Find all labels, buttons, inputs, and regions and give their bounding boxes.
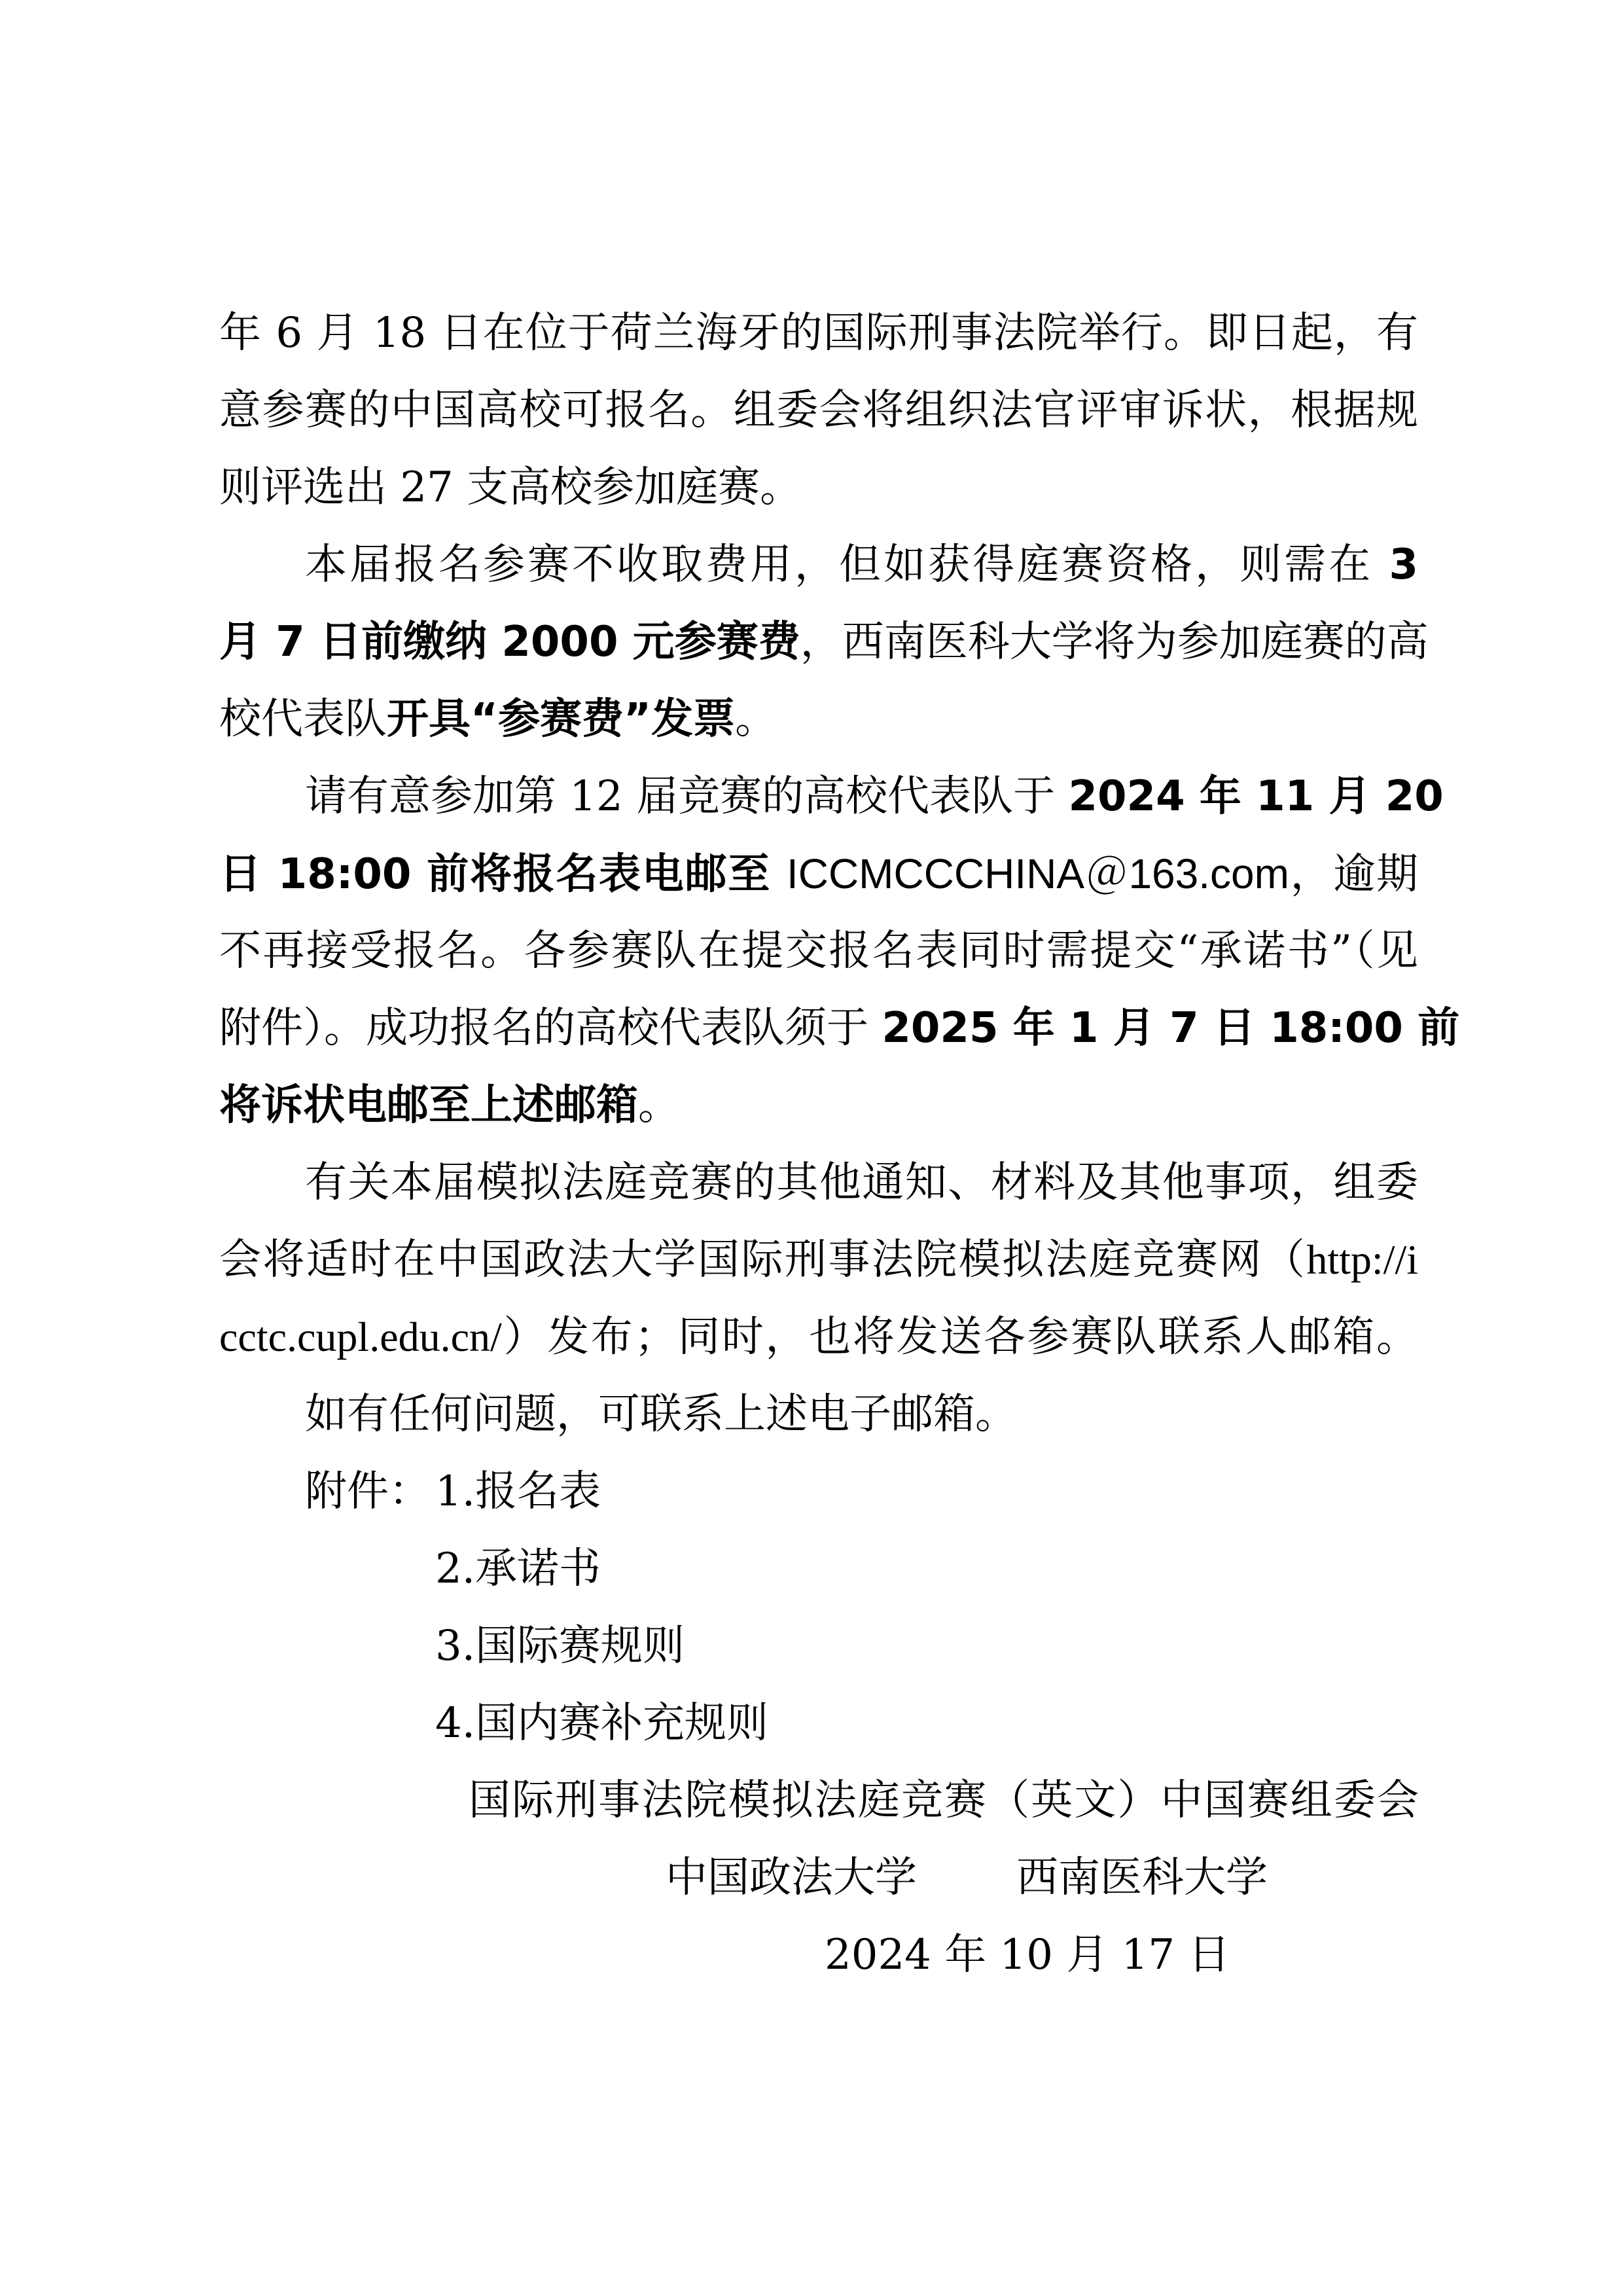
emphasized-text: 3 (1389, 541, 1418, 589)
emphasized-text: 2025 年 1 月 7 日 18:00 前 (882, 1004, 1459, 1052)
body-text: 附件）。成功报名的高校代表队须于 (219, 1004, 882, 1052)
paragraph-5-line-1: 如有任何问题，可联系上述电子邮箱。 (305, 1376, 1017, 1453)
emphasized-text: 日 18:00 前将报名表电邮至 (219, 850, 787, 899)
document-page: 年 6 月 18 日在位于荷兰海牙的国际刑事法院举行。即日起，有 意参赛的中国高… (0, 0, 1623, 2296)
body-text: ，西南医科大学将为参加庭赛的高 (800, 618, 1429, 666)
signature-university-1: 中国政法大学 (666, 1839, 917, 1916)
attachment-item-label: 2.承诺书 (435, 1545, 601, 1593)
body-text: ICCMCCCHINA＠163.com (787, 850, 1289, 897)
body-text: 。 (638, 1081, 680, 1130)
attachment-item-label: 1.报名表 (435, 1467, 601, 1516)
body-text: 如有任何问题，可联系上述电子邮箱。 (305, 1390, 1017, 1439)
attachment-item-3: 3.国际赛规则 (435, 1607, 685, 1685)
paragraph-3-line-2: 日 18:00 前将报名表电邮至 ICCMCCCHINA＠163.com，逾期 (219, 835, 1418, 912)
attachment-item-1: 1.报名表 (435, 1453, 601, 1530)
body-text: 年 6 月 18 日在位于荷兰海牙的国际刑事法院举行。即日起，有 (219, 309, 1418, 357)
paragraph-3-line-3: 不再接受报名。各参赛队在提交报名表同时需提交“承诺书”（见 (219, 912, 1418, 990)
attachment-item-4: 4.国内赛补充规则 (435, 1685, 768, 1762)
body-text: 意参赛的中国高校可报名。组委会将组织法官评审诉状，根据规 (219, 386, 1418, 435)
paragraph-1-line-1: 年 6 月 18 日在位于荷兰海牙的国际刑事法院举行。即日起，有 (219, 295, 1418, 372)
attachments-label-text: 附件： (305, 1467, 431, 1516)
body-text: 本届报名参赛不收取费用，但如获得庭赛资格，则需在 (305, 541, 1389, 589)
paragraph-3-line-1: 请有意参加第 12 届竞赛的高校代表队于 2024 年 11 月 20 (305, 758, 1418, 835)
attachments-label: 附件： (305, 1453, 431, 1530)
signature-organizer: 国际刑事法院模拟法庭竞赛（英文）中国赛组委会 (469, 1762, 1419, 1839)
body-text: 则评选出 27 支高校参加庭赛。 (219, 463, 802, 512)
body-text: cctc.cupl.edu.cn/ (219, 1314, 502, 1360)
emphasized-text: 将诉状电邮至上述邮箱 (219, 1081, 638, 1130)
paragraph-2-line-1: 本届报名参赛不收取费用，但如获得庭赛资格，则需在 3 (305, 526, 1418, 603)
paragraph-2-line-3: 校代表队开具“参赛费”发票。 (219, 681, 777, 758)
body-text: ）发布；同时，也将发送各参赛队联系人邮箱。 (502, 1313, 1418, 1361)
body-text: http://i (1306, 1236, 1418, 1283)
body-text: 会将适时在中国政法大学国际刑事法院模拟法庭竞赛网（ (219, 1236, 1306, 1284)
paragraph-4-line-2: 会将适时在中国政法大学国际刑事法院模拟法庭竞赛网（http://i (219, 1221, 1418, 1299)
paragraph-1-line-2: 意参赛的中国高校可报名。组委会将组织法官评审诉状，根据规 (219, 372, 1418, 449)
signature-university-2: 西南医科大学 (1016, 1839, 1268, 1916)
body-text: 有关本届模拟法庭竞赛的其他通知、材料及其他事项，组委 (305, 1158, 1418, 1207)
attachment-item-label: 4.国内赛补充规则 (435, 1699, 768, 1748)
attachment-item-2: 2.承诺书 (435, 1530, 601, 1607)
paragraph-2-line-2: 月 7 日前缴纳 2000 元参赛费，西南医科大学将为参加庭赛的高 (219, 603, 1418, 681)
body-text: 不再接受报名。各参赛队在提交报名表同时需提交“承诺书”（见 (219, 927, 1418, 975)
body-text: 。 (735, 695, 777, 744)
paragraph-3-line-4: 附件）。成功报名的高校代表队须于 2025 年 1 月 7 日 18:00 前 (219, 990, 1418, 1067)
emphasized-text: 2024 年 11 月 20 (1068, 772, 1443, 821)
paragraph-4-line-3: cctc.cupl.edu.cn/）发布；同时，也将发送各参赛队联系人邮箱。 (219, 1299, 1418, 1376)
body-text: ，逾期 (1289, 850, 1418, 899)
paragraph-1-line-3: 则评选出 27 支高校参加庭赛。 (219, 449, 802, 526)
emphasized-text: 开具“参赛费”发票 (387, 695, 735, 744)
attachment-item-label: 3.国际赛规则 (435, 1622, 685, 1670)
paragraph-4-line-1: 有关本届模拟法庭竞赛的其他通知、材料及其他事项，组委 (305, 1144, 1418, 1221)
body-text: 校代表队 (219, 695, 387, 744)
paragraph-3-line-5: 将诉状电邮至上述邮箱。 (219, 1067, 680, 1144)
signature-date: 2024 年 10 月 17 日 (825, 1916, 1230, 1994)
body-text: 请有意参加第 12 届竞赛的高校代表队于 (305, 772, 1068, 821)
emphasized-text: 月 7 日前缴纳 2000 元参赛费 (219, 618, 800, 666)
